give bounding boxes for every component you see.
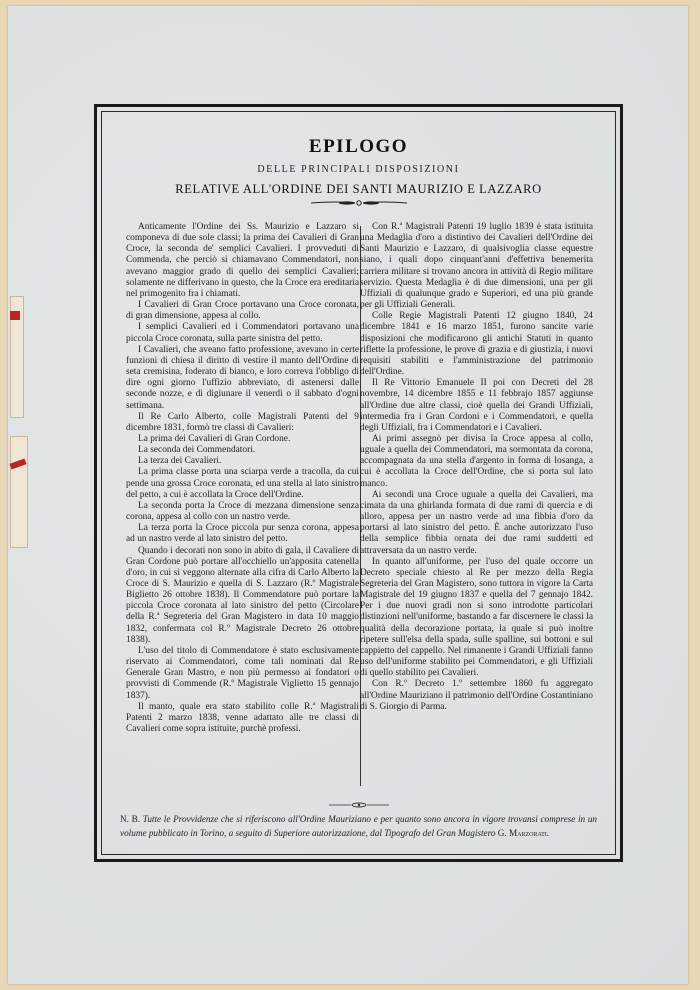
- document-sheet: EPILOGO DELLE PRINCIPALI DISPOSIZIONI RE…: [8, 6, 688, 984]
- page-border: EPILOGO DELLE PRINCIPALI DISPOSIZIONI RE…: [94, 104, 623, 862]
- footnote-prefix: N. B.: [120, 814, 140, 824]
- paragraph: La terza porta la Croce piccola pur senz…: [126, 523, 359, 545]
- right-column: Con R.ª Magistrali Patenti 19 luglio 183…: [360, 222, 593, 713]
- paragraph: Con R.ª Magistrali Patenti 19 luglio 183…: [360, 222, 593, 311]
- paragraph: La prima classe porta una sciarpa verde …: [126, 467, 359, 500]
- paragraph: I Cavalieri, che aveano fatto profession…: [126, 345, 359, 412]
- document-subtitle: DELLE PRINCIPALI DISPOSIZIONI: [102, 164, 615, 175]
- end-ornament-icon: [329, 802, 389, 808]
- footnote: N. B. Tutte le Provvidenze che si riferi…: [120, 812, 597, 840]
- paragraph: Il Re Vittorio Emanuele II poi con Decre…: [360, 378, 593, 434]
- paragraph: La seconda porta la Croce di mezzana dim…: [126, 501, 359, 523]
- paragraph: I Cavalieri di Gran Croce portavano una …: [126, 300, 359, 322]
- ornament-divider-icon: [311, 200, 407, 206]
- list-item: La seconda dei Commendatori.: [126, 445, 359, 456]
- two-column-body: Anticamente l'Ordine dei Ss. Maurizio e …: [126, 222, 593, 802]
- paragraph: Quando i decorati non sono in abito di g…: [126, 546, 359, 646]
- paragraph: In quanto all'uniforme, per l'uso del qu…: [360, 557, 593, 680]
- document-subtitle-secondary: RELATIVE ALL'ORDINE DEI SANTI MAURIZIO E…: [102, 182, 615, 197]
- paragraph: Ai secondi una Croce uguale a quella dei…: [360, 490, 593, 557]
- paragraph: Anticamente l'Ordine dei Ss. Maurizio e …: [126, 222, 359, 300]
- paragraph: Ai primi assegnò per divisa la Croce app…: [360, 434, 593, 490]
- left-column: Anticamente l'Ordine dei Ss. Maurizio e …: [126, 222, 359, 735]
- paragraph: I semplici Cavalieri ed i Commendatori p…: [126, 322, 359, 344]
- list-item: La terza dei Cavalieri.: [126, 456, 359, 467]
- paragraph: Con R.º Decreto 1.º settembre 1860 fu ag…: [360, 679, 593, 712]
- list-item: La prima dei Cavalieri di Gran Cordone.: [126, 434, 359, 445]
- paragraph: Colle Regie Magistrali Patenti 12 giugno…: [360, 311, 593, 378]
- paragraph: Il Re Carlo Alberto, colle Magistrali Pa…: [126, 412, 359, 434]
- document-title: EPILOGO: [102, 136, 615, 158]
- inner-border: EPILOGO DELLE PRINCIPALI DISPOSIZIONI RE…: [101, 111, 616, 855]
- binding-ribbon: [8, 256, 34, 556]
- printer-name: G. Marzorati.: [498, 828, 549, 838]
- paragraph: L'uso del titolo di Commendatore è stato…: [126, 646, 359, 702]
- paragraph: Il manto, quale era stato stabilito coll…: [126, 702, 359, 735]
